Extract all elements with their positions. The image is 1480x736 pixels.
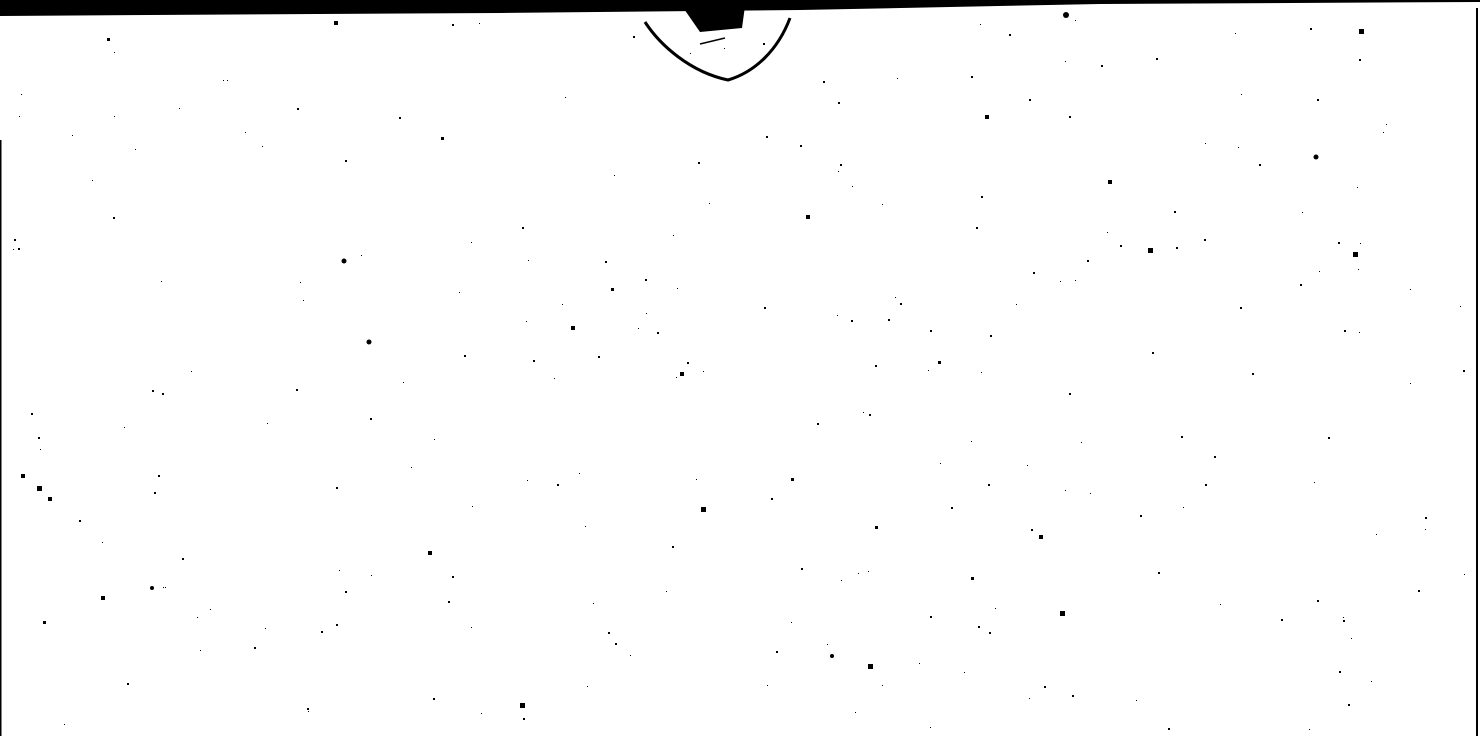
scanned-surface (0, 0, 1480, 736)
left-edge-line (0, 140, 2, 736)
right-edge-line (1476, 8, 1478, 736)
paper-background (0, 0, 1480, 736)
